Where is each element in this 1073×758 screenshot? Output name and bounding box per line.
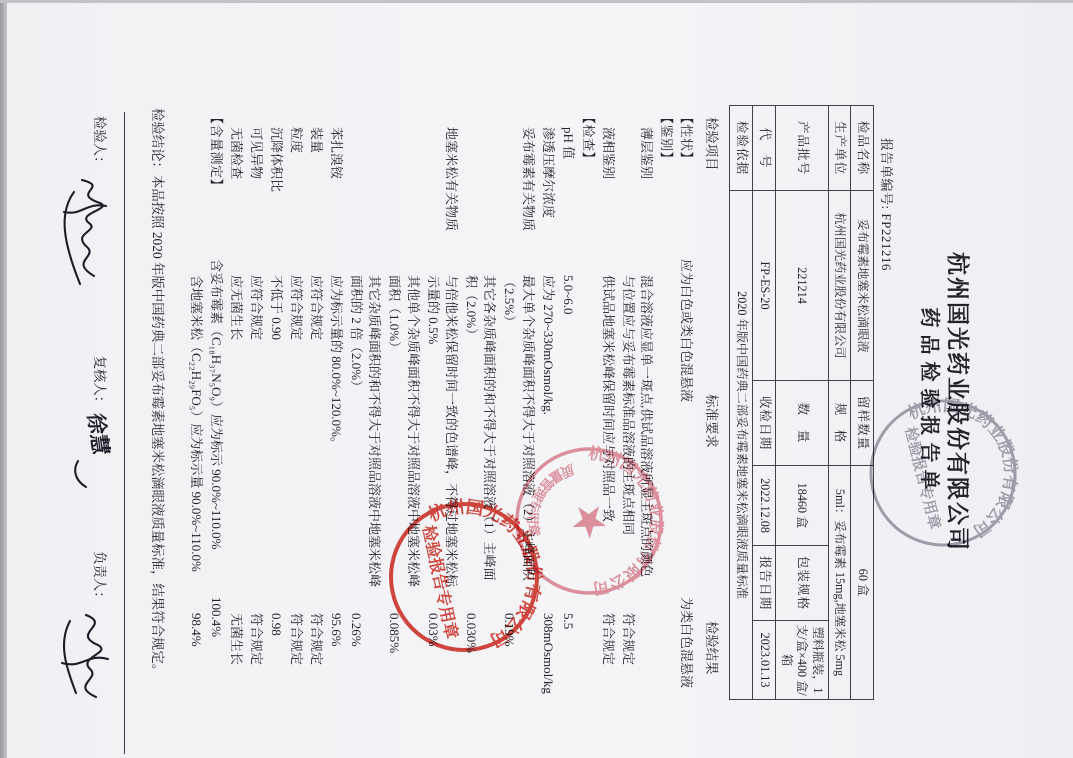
test-item-label: 苯扎溴铵 <box>326 105 344 275</box>
test-item-standard: 应为标示量的 80.0%~120.0%。 <box>326 275 344 587</box>
test-item-row: 沉降体积比 不低于 0.90 0.98 <box>267 105 285 755</box>
test-item-label: 【检查】 <box>578 105 596 259</box>
test-item-label: 【鉴别】 <box>657 105 675 259</box>
test-item-result: 符合规定 <box>306 587 324 665</box>
header-table-value: 杭州国光药业股份有限公司 <box>828 191 851 381</box>
column-header-item: 检验项目 <box>702 105 721 265</box>
test-item-row: 液相鉴别 供试品地塞米松峰保留时间应与对照品一致 符合规定 <box>598 105 616 755</box>
test-item-result: 100.4% <box>207 571 225 637</box>
header-table-row: 产品批号221214数 量18460 盒包装规格塑料瓶装，1 支/盒×400 盒… <box>775 106 828 700</box>
test-item-row: 其它杂质峰面积的和不得大于对照品溶液中地塞米松峰面积的 2 倍（2.0%） 0.… <box>346 105 383 755</box>
header-table-label: 报告日期 <box>753 546 776 621</box>
inspector-label: 检验人： <box>91 116 116 170</box>
test-item-label: 粒度 <box>286 105 304 275</box>
test-item-label: 渗透压摩尔浓度 <box>538 105 556 275</box>
header-table-row: 代 号FP-ES-20收检日期2022.12.08报告日期2023.01.13 <box>753 106 776 700</box>
header-table-value: FP-ES-20 <box>753 191 776 381</box>
header-table-row: 生产单位杭州国光药业股份有限公司规 格5ml：妥布霉素 15mg,地塞米松 5m… <box>828 106 851 700</box>
ghost-seal-purpose-text: 检验报告专用章 <box>901 425 944 531</box>
scanner-edge-left <box>0 0 7 758</box>
test-item-row: 【检查】 <box>578 105 596 755</box>
header-table-label: 代 号 <box>753 106 776 191</box>
header-table-value: 塑料瓶装，1 支/盒×400 盒/箱 <box>775 621 828 700</box>
report-page: 杭州国光药业股份有限公司 药品检验报告单 报告单编号: FP221216 检品名… <box>0 0 1073 758</box>
grey-inspection-seal-stamp: 杭州国光药业股份有限公司 检验报告专用章 <box>846 376 1040 570</box>
test-item-label: 液相鉴别 <box>598 105 616 275</box>
test-item-row: 苯扎溴铵 应为标示量的 80.0%~120.0%。 95.6% <box>326 105 344 755</box>
header-table-label: 生产单位 <box>828 106 851 191</box>
test-item-row: 【性状】 应为白色或类白色混悬液 为类白色混悬液 <box>677 105 695 755</box>
inspector-signature-group: 检验人： <box>54 116 116 290</box>
test-item-label: 可见异物 <box>247 105 265 275</box>
header-table-label: 产品批号 <box>775 106 828 191</box>
test-item-standard: 应无菌生长 <box>227 275 245 587</box>
scanner-edge-top <box>0 0 1073 3</box>
report-number: 报告单编号: FP221216 <box>878 138 897 271</box>
test-item-standard: 应符合规定 <box>286 275 304 587</box>
header-table-label: 检验依据 <box>730 106 753 191</box>
header-table-value: 2023.01.13 <box>753 621 776 700</box>
inspection-report-seal-stamp: 杭州国光药业股份有限公司 检验报告专用章 <box>369 482 559 672</box>
test-item-label: 地塞米松有关物质 <box>442 105 460 275</box>
test-item-label: 无菌检查 <box>227 105 245 275</box>
report-number-label: 报告单编号: <box>879 138 894 210</box>
test-item-result: 为类白色混悬液 <box>677 571 695 688</box>
test-item-standard: 不低于 0.90 <box>267 275 285 587</box>
header-table-value: 5ml：妥布霉素 15mg,地塞米松 5mg <box>828 466 851 700</box>
supervisor-handwritten-signature <box>54 607 116 703</box>
test-item-result: 98.4% <box>187 587 205 647</box>
test-item-result: 符合规定 <box>247 587 265 665</box>
header-table: 检品名称妥布霉素地塞米松滴眼液留样数量60 盒生产单位杭州国光药业股份有限公司规… <box>729 105 874 700</box>
test-item-standard: 应符合规定 <box>247 275 265 587</box>
supervisor-label: 负责人： <box>91 551 116 605</box>
header-table-row: 检验依据2020 年版中国药典二部妥布霉素地塞米松滴眼液质量标准 <box>730 106 753 700</box>
test-item-standard: 含妥布霉素（C₁₈H₃₇N₅O₉）应为标示 90.0%~110.0% <box>207 259 225 571</box>
test-item-result: 0.26% <box>346 587 364 647</box>
test-item-result: 无菌生长 <box>227 587 245 665</box>
reviewer-signature-flourish <box>68 457 116 491</box>
header-table-value: 2020 年版中国药典二部妥布霉素地塞米松滴眼液质量标准 <box>730 191 753 700</box>
test-item-row: 【鉴别】 <box>657 105 675 755</box>
column-header-result: 检验结果 <box>702 577 721 675</box>
test-item-result: 符合规定 <box>286 587 304 665</box>
supervisor-signature-group: 负责人： <box>54 551 116 703</box>
test-item-standard: 应符合规定 <box>306 275 324 587</box>
test-item-standard: 应为白色或类白色混悬液 <box>677 259 695 571</box>
scanned-report-frame: 杭州国光药业股份有限公司 药品检验报告单 报告单编号: FP221216 检品名… <box>0 0 1073 758</box>
header-table-value: 221214 <box>775 191 828 381</box>
test-item-result: 0.98 <box>267 587 285 636</box>
report-number-value: FP221216 <box>879 213 894 270</box>
header-table-label: 包装规格 <box>775 546 828 621</box>
header-table-value: 妥布霉素地塞米松滴眼液 <box>851 191 874 381</box>
test-item-row: 可见异物 应符合规定 符合规定 <box>247 105 265 755</box>
header-table-row: 检品名称妥布霉素地塞米松滴眼液留样数量60 盒 <box>851 106 874 700</box>
reviewer-signature-group: 复核人： 徐慧 <box>54 356 116 492</box>
test-item-standard: 含地塞米松（C₂₂H₂₉FO₅）应为标示量 90.0%~110.0% <box>187 275 205 587</box>
test-item-row: 【含量测定】 含妥布霉素（C₁₈H₃₇N₅O₉）应为标示 90.0%~110.0… <box>207 105 225 755</box>
conclusion-text: 检验结论：本品按照 2020 年版中国药典二部妥布霉素地塞米松滴眼液质量标准，结… <box>149 108 168 756</box>
qm-seal-star-icon: ★ <box>560 495 618 546</box>
reviewer-label: 复核人： <box>91 356 116 410</box>
test-item-label: 妥布霉素有关物质 <box>518 105 536 275</box>
test-item-label: pH 值 <box>558 105 576 275</box>
test-item-row: 装量 应符合规定 符合规定 <box>306 105 324 755</box>
header-table-label: 数 量 <box>775 381 828 466</box>
test-item-row: 粒度 应符合规定 符合规定 <box>286 105 304 755</box>
results-column-headers: 检验项目 标准要求 检验结果 <box>702 105 721 755</box>
header-table-label: 检品名称 <box>851 106 874 191</box>
header-table-value: 2022.12.08 <box>753 466 776 546</box>
reviewer-handwritten-signature: 徐慧 <box>81 413 117 456</box>
test-item-row: 无菌检查 应无菌生长 无菌生长 <box>227 105 245 755</box>
header-table-value: 18460 盒 <box>775 466 828 546</box>
test-item-label: 装量 <box>306 105 324 275</box>
test-item-label: 【含量测定】 <box>207 105 225 259</box>
test-item-row: 薄层鉴别 混合溶液应显单一斑点,供试品溶液所显主斑点的颜色与位置应与妥布霉素标准… <box>618 105 655 755</box>
test-item-label: 沉降体积比 <box>267 105 285 275</box>
test-item-result: 95.6% <box>326 587 344 647</box>
inspector-handwritten-signature <box>56 172 116 290</box>
column-header-standard: 标准要求 <box>702 265 721 577</box>
test-item-label: 薄层鉴别 <box>637 105 655 275</box>
header-table-label: 收检日期 <box>753 381 776 466</box>
red-seal-purpose-text: 检验报告专用章 <box>419 523 463 641</box>
signature-row: 检验人： 复核人： 徐慧 负责人： <box>54 108 116 756</box>
signature-separator-line <box>124 112 125 754</box>
test-item-label: 【性状】 <box>677 105 695 259</box>
test-item-row: 含地塞米松（C₂₂H₂₉FO₅）应为标示量 90.0%~110.0% 98.4% <box>187 105 205 755</box>
